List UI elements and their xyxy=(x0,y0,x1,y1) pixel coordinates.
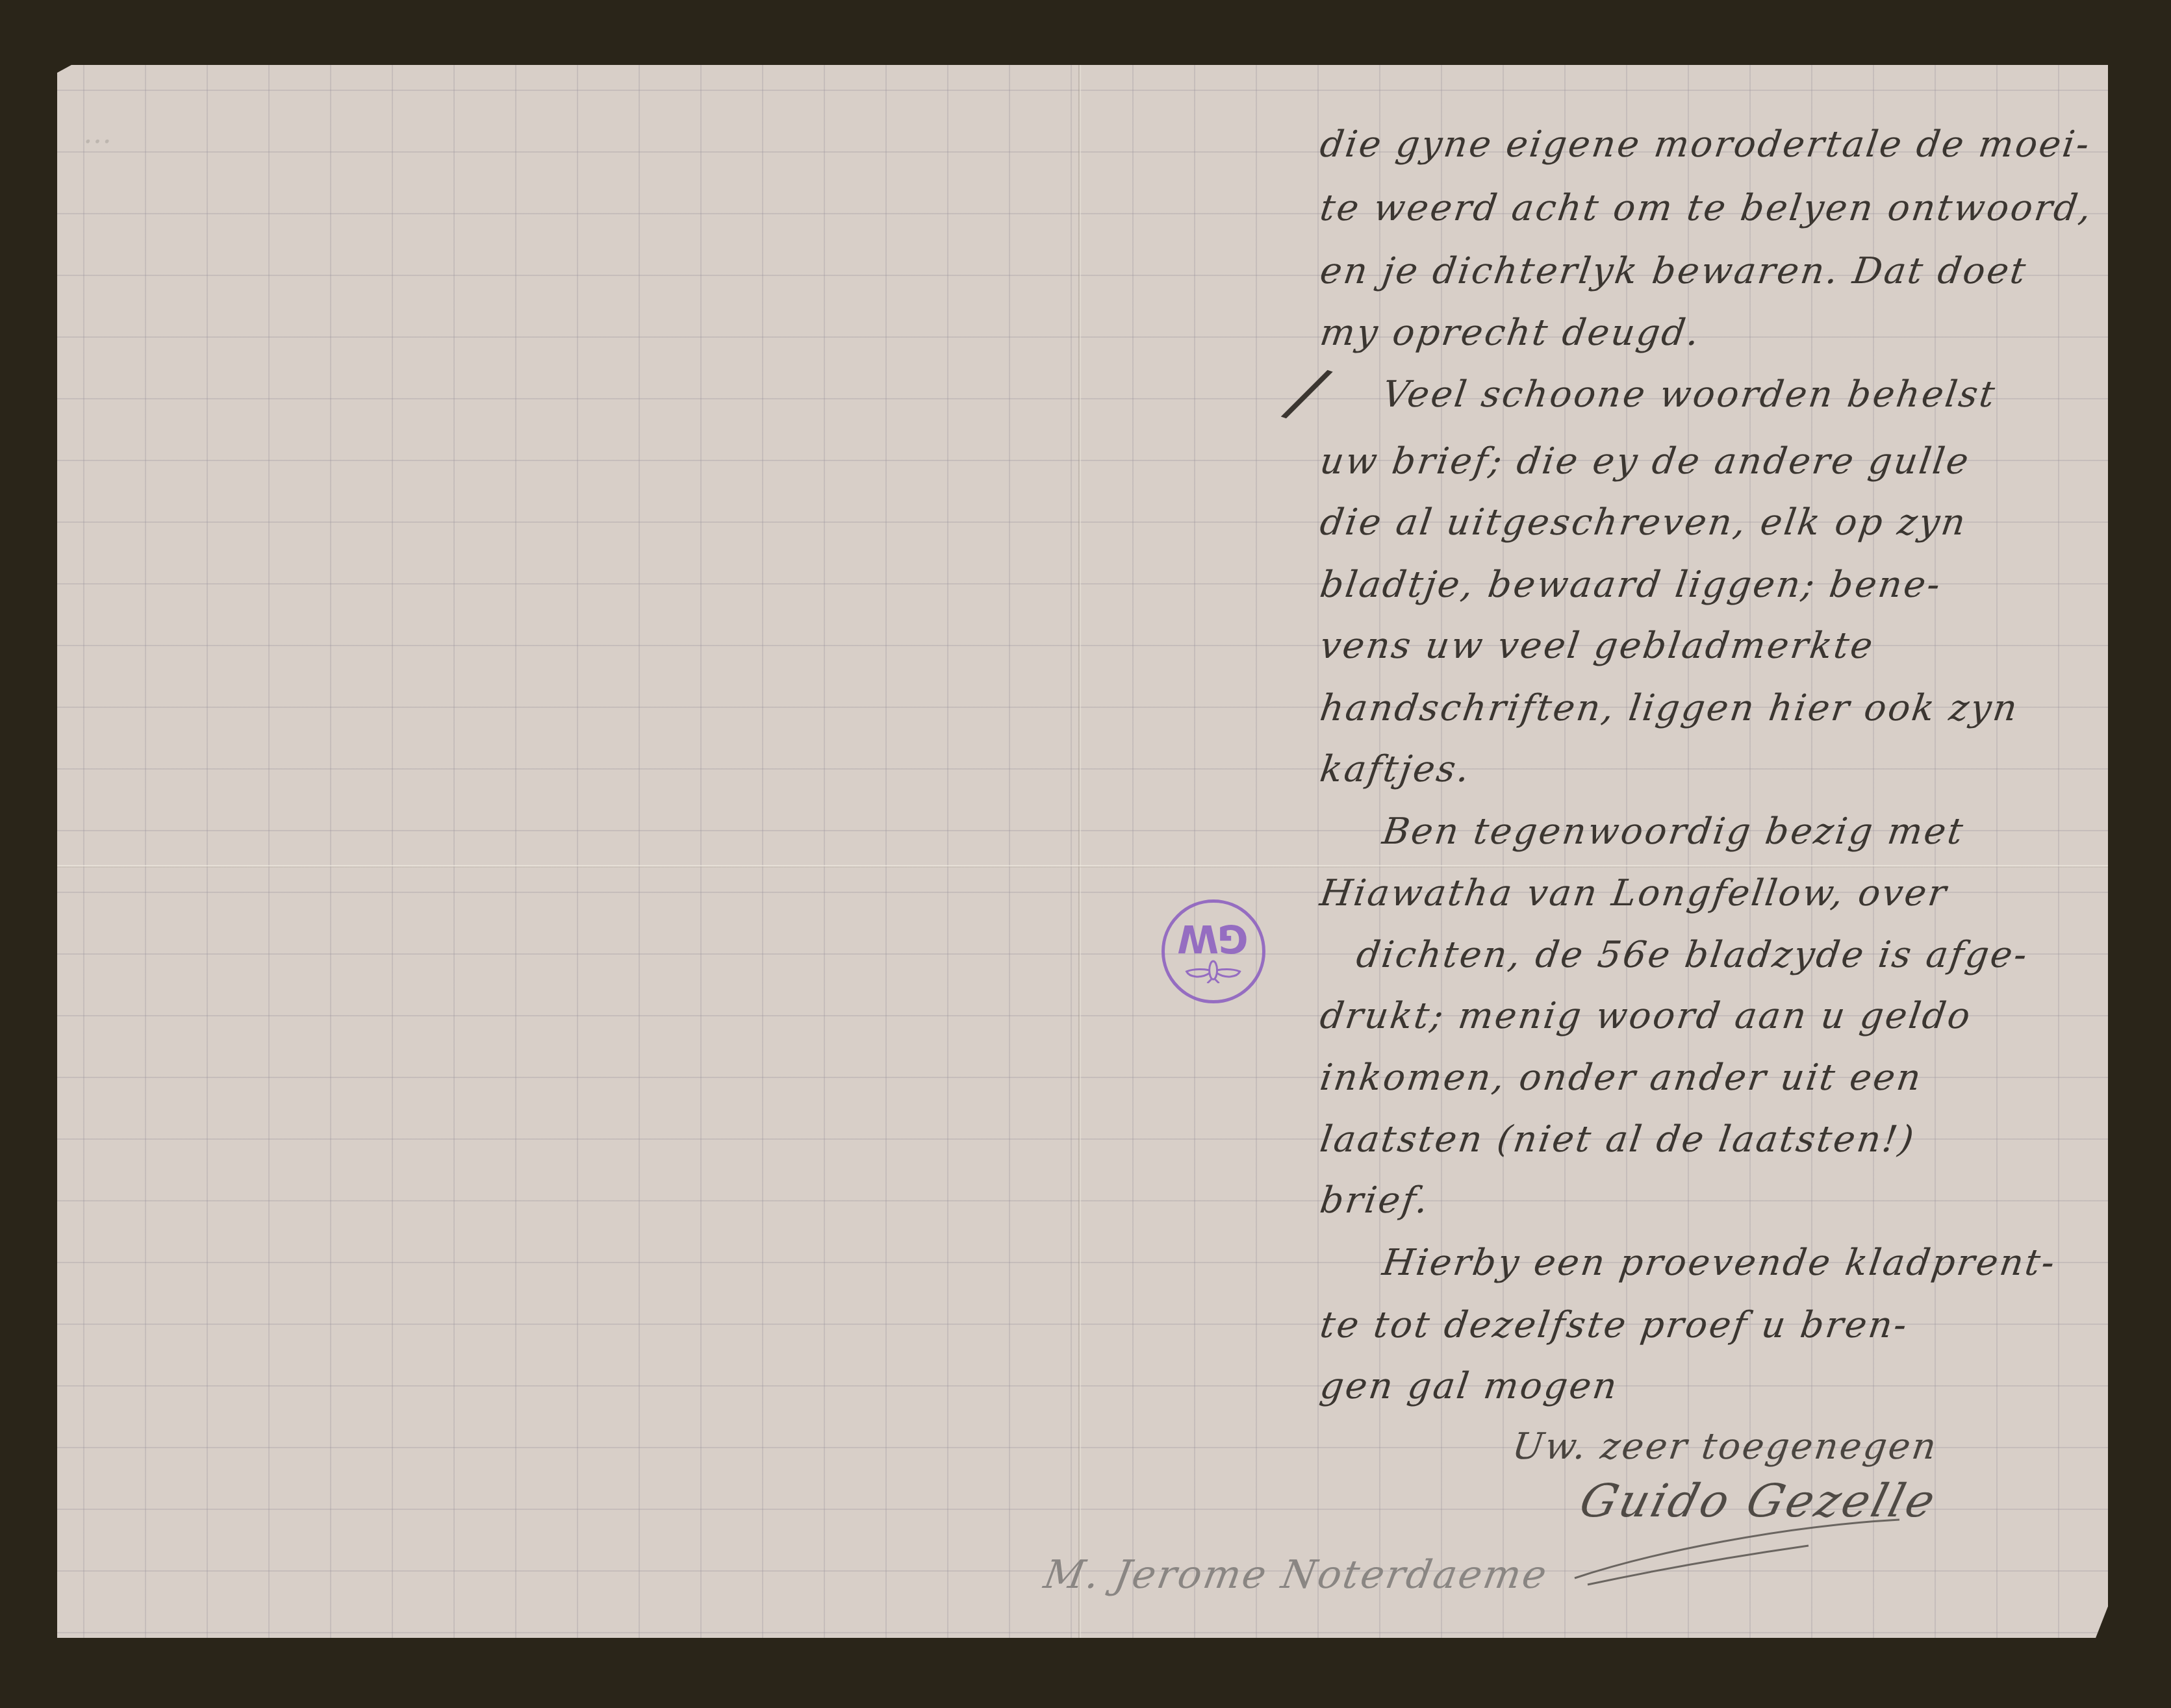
stamp-text: GW xyxy=(1178,920,1249,957)
right-page: die gyne eigene morodertale de moei- te … xyxy=(1081,65,2108,1638)
letter-line: die al uitgeschreven, elk op zyn xyxy=(1317,501,1970,544)
letter-line: inkomen, onder ander uit een xyxy=(1317,1057,1925,1099)
letter-line: my oprecht deugd. xyxy=(1317,312,1703,354)
letter-line: laatsten (niet al de laatsten!) xyxy=(1317,1118,1918,1161)
letter-line: handschriften, liggen hier ook zyn xyxy=(1317,687,2022,729)
signature-flourish-icon xyxy=(1549,1513,1912,1591)
bee-icon xyxy=(1184,957,1243,983)
letter-line: brief. xyxy=(1317,1179,1432,1222)
letter-line: Veel schoone woorden behelst xyxy=(1380,373,1999,416)
pencil-note: … xyxy=(83,117,113,150)
letter-line: Hiawatha van Longfellow, over xyxy=(1317,872,1951,914)
closing-line: Uw. zeer toegenegen xyxy=(1510,1425,1940,1468)
letter-line: uw brief; die ey de andere gulle xyxy=(1317,440,1973,483)
letter-line: Ben tegenwoordig bezig met xyxy=(1380,810,1967,853)
letter-line: Hierby een proevende kladprent- xyxy=(1380,1242,2059,1284)
letter-line: te tot dezelfste proef u bren- xyxy=(1317,1304,1911,1346)
letter-line: dichten, de 56e bladzyde is afge- xyxy=(1354,934,2031,976)
letter-line: vens uw veel gebladmerkte xyxy=(1317,625,1877,667)
letter-line: kaftjes. xyxy=(1317,748,1474,790)
letter-line: drukt; menig woord aan u geldo xyxy=(1317,995,1975,1037)
letter-line: gen gal mogen xyxy=(1317,1365,1621,1407)
letter-line: te weerd acht om te belyen ontwoord, xyxy=(1317,187,2096,229)
letter-sheet: … die gyne eigene morodertale de moei- t… xyxy=(57,65,2108,1638)
collection-stamp: GW xyxy=(1162,899,1265,1003)
left-page: … xyxy=(57,65,1078,1638)
letter-line: die gyne eigene morodertale de moei- xyxy=(1317,123,2094,166)
letter-line: bladtje, bewaard liggen; bene- xyxy=(1317,564,1944,606)
paragraph-mark-icon: / xyxy=(1283,349,1332,435)
addressee-note: M. Jerome Noterdaeme xyxy=(1041,1552,1552,1598)
letter-line: en je dichterlyk bewaren. Dat doet xyxy=(1317,250,2030,292)
